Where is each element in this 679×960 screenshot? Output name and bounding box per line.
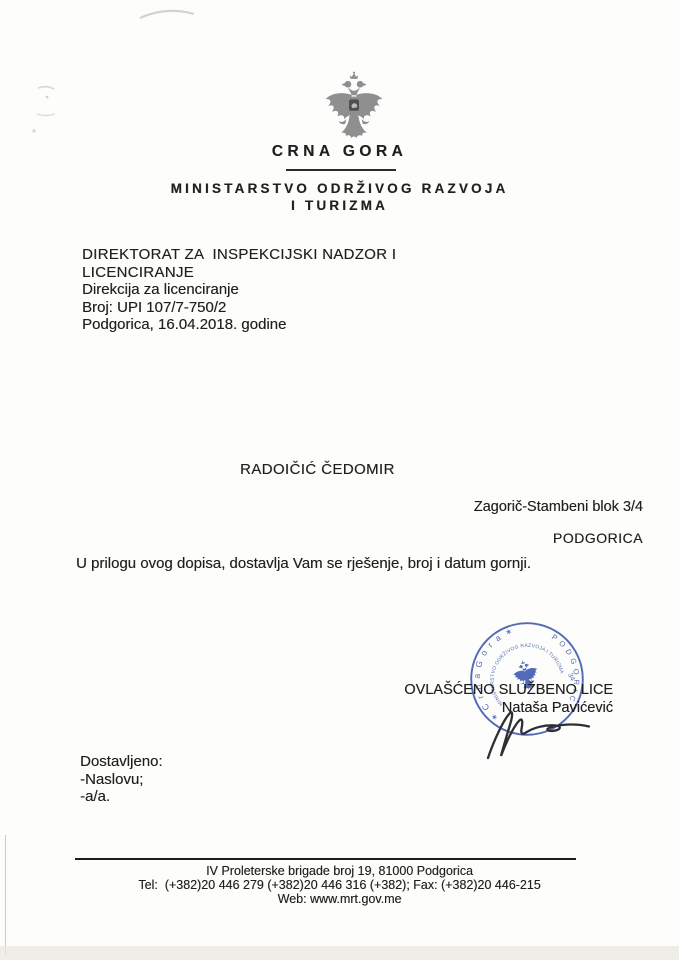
letterhead-ministry-line1: MINISTARSTVO ODRŽIVOG RAZVOJA xyxy=(0,181,679,196)
letterhead-ministry-line2: I TURIZMA xyxy=(0,198,679,213)
distribution-label: Dostavljeno: xyxy=(80,753,163,771)
letterhead-country: CRNA GORA xyxy=(0,143,679,161)
footer-address: IV Proleterske brigade broj 19, 81000 Po… xyxy=(0,864,679,878)
scan-artifact-curve xyxy=(138,4,198,22)
recipient-city: PODGORICA xyxy=(343,530,643,546)
signer-title: OVLAŠĆENO SLUŽBENO LICE xyxy=(380,681,613,699)
letterhead-divider xyxy=(286,169,396,171)
body-text: U prilogu ovog dopisa, dostavlja Vam se … xyxy=(76,555,531,572)
scan-edge-band xyxy=(0,946,679,960)
footer-web: Web: www.mrt.gov.me xyxy=(0,892,679,906)
recipient-address: Zagorič-Stambeni blok 3/4 xyxy=(343,499,643,515)
directorate-line1: DIREKTORAT ZA INSPEKCIJSKI NADZOR I xyxy=(82,246,396,264)
scan-artifact-marks xyxy=(30,80,65,140)
reference-block: DIREKTORAT ZA INSPEKCIJSKI NADZOR I LICE… xyxy=(82,246,396,334)
directorate-line2: LICENCIRANJE xyxy=(82,264,396,282)
scanned-letter-page: CRNA GORA MINISTARSTVO ODRŽIVOG RAZVOJA … xyxy=(0,0,679,960)
montenegro-coat-of-arms-icon xyxy=(316,71,392,143)
footer-divider xyxy=(75,858,576,860)
distribution-item: -Naslovu; xyxy=(80,771,163,789)
distribution-item: -a/a. xyxy=(80,788,163,806)
place-date: Podgorica, 16.04.2018. godine xyxy=(82,316,396,334)
direction-line: Direkcija za licenciranje xyxy=(82,281,396,299)
recipient-name: RADOIČIĆ ČEDOMIR xyxy=(240,461,395,478)
case-number: Broj: UPI 107/7-750/2 xyxy=(82,299,396,317)
distribution-block: Dostavljeno: -Naslovu; -a/a. xyxy=(80,753,163,806)
handwritten-signature xyxy=(472,706,597,764)
footer-tel-fax: Tel: (+382)20 446 279 (+382)20 446 316 (… xyxy=(0,878,679,892)
